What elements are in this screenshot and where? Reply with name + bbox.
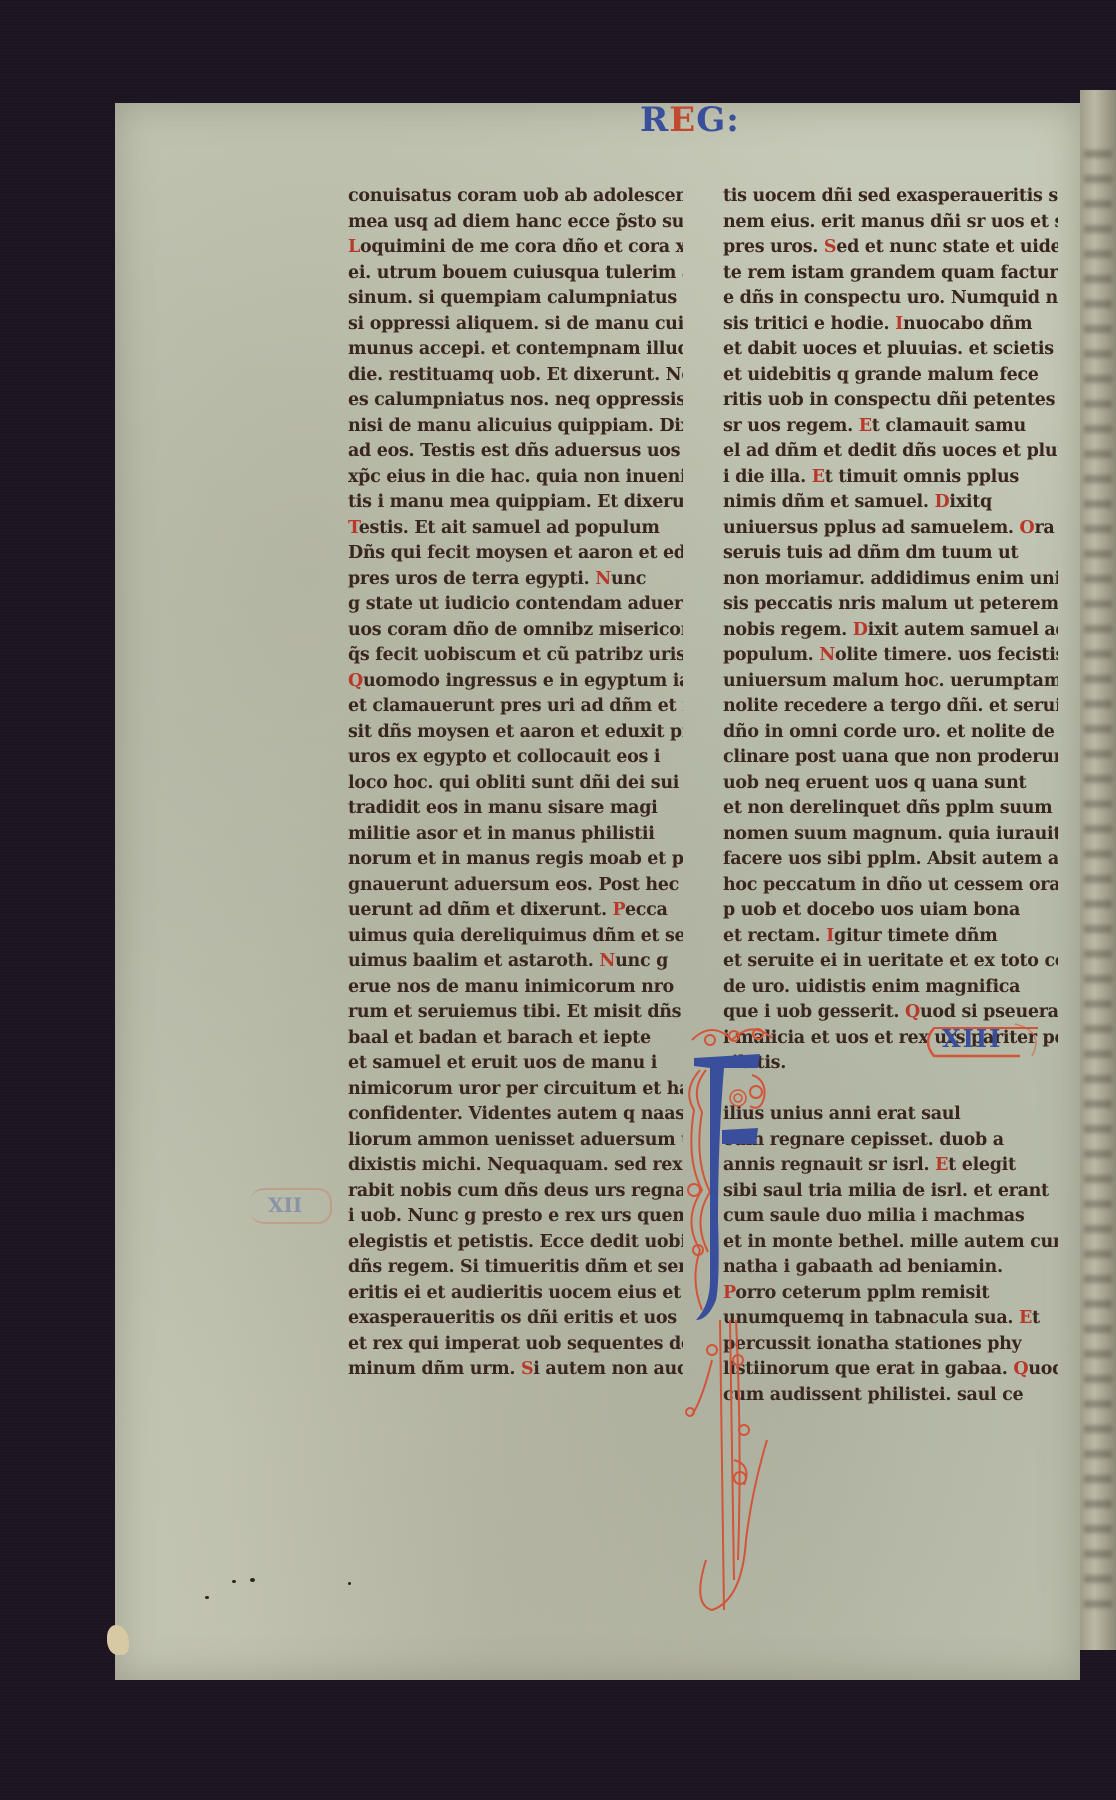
ink-spot — [250, 1578, 255, 1582]
text-line: nimicorum uror per circuitum et habitast… — [348, 1077, 683, 1103]
text-line: liorum ammon uenisset aduersum uos — [348, 1128, 683, 1154]
facing-page-text-shadow — [1084, 1025, 1112, 1033]
text-line: militie asor et in manus philistii — [348, 822, 683, 848]
text-line: si oppressi aliquem. si de manu cuiusqua — [348, 312, 683, 338]
rubricated-letter: T — [348, 518, 359, 538]
facing-page-text-shadow — [1084, 575, 1112, 583]
text-line: minum dñm urm. Si autem non audieri — [348, 1357, 683, 1383]
facing-page-text-shadow — [1084, 600, 1112, 608]
text-line: gnauerunt aduersum eos. Post hec clama — [348, 873, 683, 899]
decorated-initial-f-icon — [672, 1020, 792, 1620]
text-line: ad eos. Testis est dñs aduersus uos et t… — [348, 439, 683, 465]
facing-page-edge — [1080, 90, 1116, 1650]
text-line: sis peccatis nris malum ut peteremus — [723, 592, 1058, 618]
text-line: nomen suum magnum. quia iurauit dñs — [723, 822, 1058, 848]
text-line: et seruite ei in ueritate et ex toto cor — [723, 949, 1058, 975]
facing-page-text-shadow — [1084, 625, 1112, 633]
facing-page-text-shadow — [1084, 475, 1112, 483]
text-line: Testis. Et ait samuel ad populum — [348, 516, 683, 542]
facing-page-text-shadow — [1084, 700, 1112, 708]
rubricated-letter: Q — [348, 671, 363, 691]
facing-page-text-shadow — [1084, 1400, 1112, 1408]
text-line: uros ex egypto et collocauit eos i — [348, 745, 683, 771]
text-line: e dñs in conspectu uro. Numquid non me — [723, 286, 1058, 312]
facing-page-text-shadow — [1084, 675, 1112, 683]
text-line: pres uros de terra egypti. Nunc — [348, 567, 683, 593]
text-line: g state ut iudicio contendam aduersu — [348, 592, 683, 618]
text-line: norum et in manus regis moab et pu — [348, 847, 683, 873]
facing-page-text-shadow — [1084, 200, 1112, 208]
ink-spot — [205, 1596, 209, 1599]
facing-page-text-shadow — [1084, 400, 1112, 408]
facing-page-text-shadow — [1084, 1175, 1112, 1183]
text-line: Quomodo ingressus e in egyptum iacob — [348, 669, 683, 695]
text-line: nem eius. erit manus dñi sr uos et sr — [723, 210, 1058, 236]
facing-page-text-shadow — [1084, 1125, 1112, 1133]
text-line: tradidit eos in manu sisare magi — [348, 796, 683, 822]
text-line: munus accepi. et contempnam illud ho — [348, 337, 683, 363]
text-line: nobis regem. Dixit autem samuel ad — [723, 618, 1058, 644]
rubricated-letter: N — [595, 569, 611, 589]
facing-page-text-shadow — [1084, 1100, 1112, 1108]
text-line: pres uros. Sed et nunc state et uide — [723, 235, 1058, 261]
text-line: uimus baalim et astaroth. Nunc g — [348, 949, 683, 975]
rubricated-letter: E — [812, 467, 825, 487]
text-line: uimus quia dereliquimus dñm et seru — [348, 924, 683, 950]
text-line: i uob. Nunc g presto e rex urs quem — [348, 1204, 683, 1230]
text-line: i die illa. Et timuit omnis pplus — [723, 465, 1058, 491]
facing-page-text-shadow — [1084, 550, 1112, 558]
text-line: et rex qui imperat uob sequentes do — [348, 1332, 683, 1358]
text-line: p uob et docebo uos uiam bona — [723, 898, 1058, 924]
facing-page-text-shadow — [1084, 225, 1112, 233]
facing-page-text-shadow — [1084, 725, 1112, 733]
text-line: mea usq ad diem hanc ecce p̃sto sum — [348, 210, 683, 236]
facing-page-text-shadow — [1084, 175, 1112, 183]
rubricated-letter: N — [819, 645, 835, 665]
text-line: rabit nobis cum dñs deus urs regnaret — [348, 1179, 683, 1205]
marginal-chapter-note: XII — [268, 1193, 302, 1217]
text-line: et non derelinquet dñs pplm suum ppter — [723, 796, 1058, 822]
facing-page-text-shadow — [1084, 1525, 1112, 1533]
text-line: elegistis et petistis. Ecce dedit uobis — [348, 1230, 683, 1256]
rubricated-letter: E — [1019, 1308, 1032, 1328]
text-line: loco hoc. qui obliti sunt dñi dei sui et — [348, 771, 683, 797]
facing-page-text-shadow — [1084, 875, 1112, 883]
facing-page-text-shadow — [1084, 900, 1112, 908]
running-header: REG: — [640, 100, 740, 140]
facing-page-text-shadow — [1084, 825, 1112, 833]
facing-page-text-shadow — [1084, 1375, 1112, 1383]
rubricated-letter: P — [613, 900, 625, 920]
text-line: de uro. uidistis enim magnifica — [723, 975, 1058, 1001]
text-line: uniuersum malum hoc. uerumptamen — [723, 669, 1058, 695]
text-line: die. restituamq uob. Et dixerunt. Non — [348, 363, 683, 389]
facing-page-text-shadow — [1084, 1275, 1112, 1283]
text-line: et clamauerunt pres uri ad dñm et mi — [348, 694, 683, 720]
text-line: et rectam. Igitur timete dñm — [723, 924, 1058, 950]
ink-spot — [348, 1582, 351, 1585]
text-line: nimis dñm et samuel. Dixitq — [723, 490, 1058, 516]
text-line: dñs regem. Si timueritis dñm et serui — [348, 1255, 683, 1281]
text-line: uniuersus pplus ad samuelem. Ora p — [723, 516, 1058, 542]
text-line: erue nos de manu inimicorum nro — [348, 975, 683, 1001]
facing-page-text-shadow — [1084, 850, 1112, 858]
facing-page-text-shadow — [1084, 1550, 1112, 1558]
text-line: sr uos regem. Et clamauit samu — [723, 414, 1058, 440]
facing-page-text-shadow — [1084, 750, 1112, 758]
facing-page-text-shadow — [1084, 775, 1112, 783]
facing-page-text-shadow — [1084, 1250, 1112, 1258]
text-line: et uidebitis q grande malum fece — [723, 363, 1058, 389]
header-letter: : — [726, 100, 740, 140]
text-line: sis tritici e hodie. Inuocabo dñm — [723, 312, 1058, 338]
text-line: confidenter. Videntes autem q naas rex f… — [348, 1102, 683, 1128]
chapter-number: XIII — [920, 1022, 1040, 1062]
text-line: uob neq eruent uos q uana sunt — [723, 771, 1058, 797]
rubricated-letter: I — [826, 926, 834, 946]
text-line: exasperaueritis os dñi eritis et uos — [348, 1306, 683, 1332]
text-line: dixistis michi. Nequaquam. sed rex impe — [348, 1153, 683, 1179]
text-line: es calumpniatus nos. neq oppressisti — [348, 388, 683, 414]
text-line: xp̃c eius in die hac. quia non inuenis — [348, 465, 683, 491]
facing-page-text-shadow — [1084, 1350, 1112, 1358]
facing-page-text-shadow — [1084, 525, 1112, 533]
facing-page-text-shadow — [1084, 250, 1112, 258]
rubricated-letter: Q — [905, 1002, 920, 1022]
text-line: q̃s fecit uobiscum et cũ patribz uris — [348, 643, 683, 669]
facing-page-text-shadow — [1084, 1075, 1112, 1083]
facing-page-text-shadow — [1084, 375, 1112, 383]
text-line: populum. Nolite timere. uos fecistis — [723, 643, 1058, 669]
facing-page-text-shadow — [1084, 650, 1112, 658]
facing-page-text-shadow — [1084, 425, 1112, 433]
facing-page-text-shadow — [1084, 950, 1112, 958]
text-line: dño in omni corde uro. et nolite de — [723, 720, 1058, 746]
rubricated-letter: N — [599, 951, 615, 971]
text-line: ei. utrum bouem cuiusqua tulerim aut a — [348, 261, 683, 287]
facing-page-text-shadow — [1084, 325, 1112, 333]
text-line: seruis tuis ad dñm dm tuum ut — [723, 541, 1058, 567]
text-line: tis uocem dñi sed exasperaueritis sermo — [723, 184, 1058, 210]
text-line: el ad dñm et dedit dñs uoces et pluuias — [723, 439, 1058, 465]
facing-page-text-shadow — [1084, 1575, 1112, 1583]
text-line: baal et badan et barach et iepte — [348, 1026, 683, 1052]
text-line: nisi de manu alicuius quippiam. Dix — [348, 414, 683, 440]
text-line: et samuel et eruit uos de manu i — [348, 1051, 683, 1077]
rubricated-letter: D — [853, 620, 868, 640]
facing-page-text-shadow — [1084, 1325, 1112, 1333]
text-line: rum et seruiemus tibi. Et misit dñs iero… — [348, 1000, 683, 1026]
rubricated-letter: Q — [1013, 1359, 1028, 1379]
text-line: nolite recedere a tergo dñi. et seruite — [723, 694, 1058, 720]
facing-page-text-shadow — [1084, 1050, 1112, 1058]
facing-page-text-shadow — [1084, 1300, 1112, 1308]
facing-page-text-shadow — [1084, 1450, 1112, 1458]
header-letter: E — [669, 100, 696, 140]
facing-page-text-shadow — [1084, 275, 1112, 283]
text-line: sit dñs moysen et aaron et eduxit pres — [348, 720, 683, 746]
text-line: hoc peccatum in dño ut cessem orare — [723, 873, 1058, 899]
facing-page-text-shadow — [1084, 150, 1112, 158]
text-line: Loquimini de me cora dño et cora xp̃o — [348, 235, 683, 261]
rubricated-letter: L — [348, 237, 360, 257]
text-line: Dñs qui fecit moysen et aaron et eduxit — [348, 541, 683, 567]
rubricated-letter: S — [521, 1359, 533, 1379]
rubricated-letter: E — [935, 1155, 948, 1175]
facing-page-text-shadow — [1084, 925, 1112, 933]
header-letter: R — [640, 100, 669, 140]
ink-spot — [232, 1580, 236, 1583]
facing-page-text-shadow — [1084, 1150, 1112, 1158]
text-line: non moriamur. addidimus enim uniu — [723, 567, 1058, 593]
facing-page-text-shadow — [1084, 1425, 1112, 1433]
text-line: eritis ei et audieritis uocem eius et no — [348, 1281, 683, 1307]
text-line: facere uos sibi pplm. Absit autem a me — [723, 847, 1058, 873]
facing-page-text-shadow — [1084, 1475, 1112, 1483]
facing-page-text-shadow — [1084, 350, 1112, 358]
text-line: tis i manu mea quippiam. Et dixerunt — [348, 490, 683, 516]
text-line: te rem istam grandem quam facturus — [723, 261, 1058, 287]
rubricated-letter: O — [1020, 518, 1035, 538]
text-line: et dabit uoces et pluuias. et scietis — [723, 337, 1058, 363]
text-line: sinum. si quempiam calumpniatus sum — [348, 286, 683, 312]
header-letter: G — [696, 100, 726, 140]
text-column-left: conuisatus coram uob ab adolescentiamea … — [348, 184, 683, 1383]
facing-page-text-shadow — [1084, 975, 1112, 983]
rubricated-letter: I — [895, 314, 903, 334]
text-line: ritis uob in conspectu dñi petentes — [723, 388, 1058, 414]
facing-page-text-shadow — [1084, 450, 1112, 458]
facing-page-text-shadow — [1084, 1225, 1112, 1233]
facing-page-text-shadow — [1084, 1500, 1112, 1508]
text-line: conuisatus coram uob ab adolescentia — [348, 184, 683, 210]
rubricated-letter: S — [824, 237, 836, 257]
rubricated-letter: D — [934, 492, 949, 512]
facing-page-text-shadow — [1084, 300, 1112, 308]
facing-page-text-shadow — [1084, 500, 1112, 508]
text-line: clinare post uana que non proderunt — [723, 745, 1058, 771]
facing-page-text-shadow — [1084, 800, 1112, 808]
facing-page-text-shadow — [1084, 1200, 1112, 1208]
text-line: uos coram dño de omnibz misericordijs d. — [348, 618, 683, 644]
facing-page-text-shadow — [1084, 1600, 1112, 1608]
facing-page-text-shadow — [1084, 1000, 1112, 1008]
rubricated-letter: E — [859, 416, 872, 436]
text-line: uerunt ad dñm et dixerunt. Pecca — [348, 898, 683, 924]
chapter-number-text: XIII — [942, 1024, 1002, 1053]
